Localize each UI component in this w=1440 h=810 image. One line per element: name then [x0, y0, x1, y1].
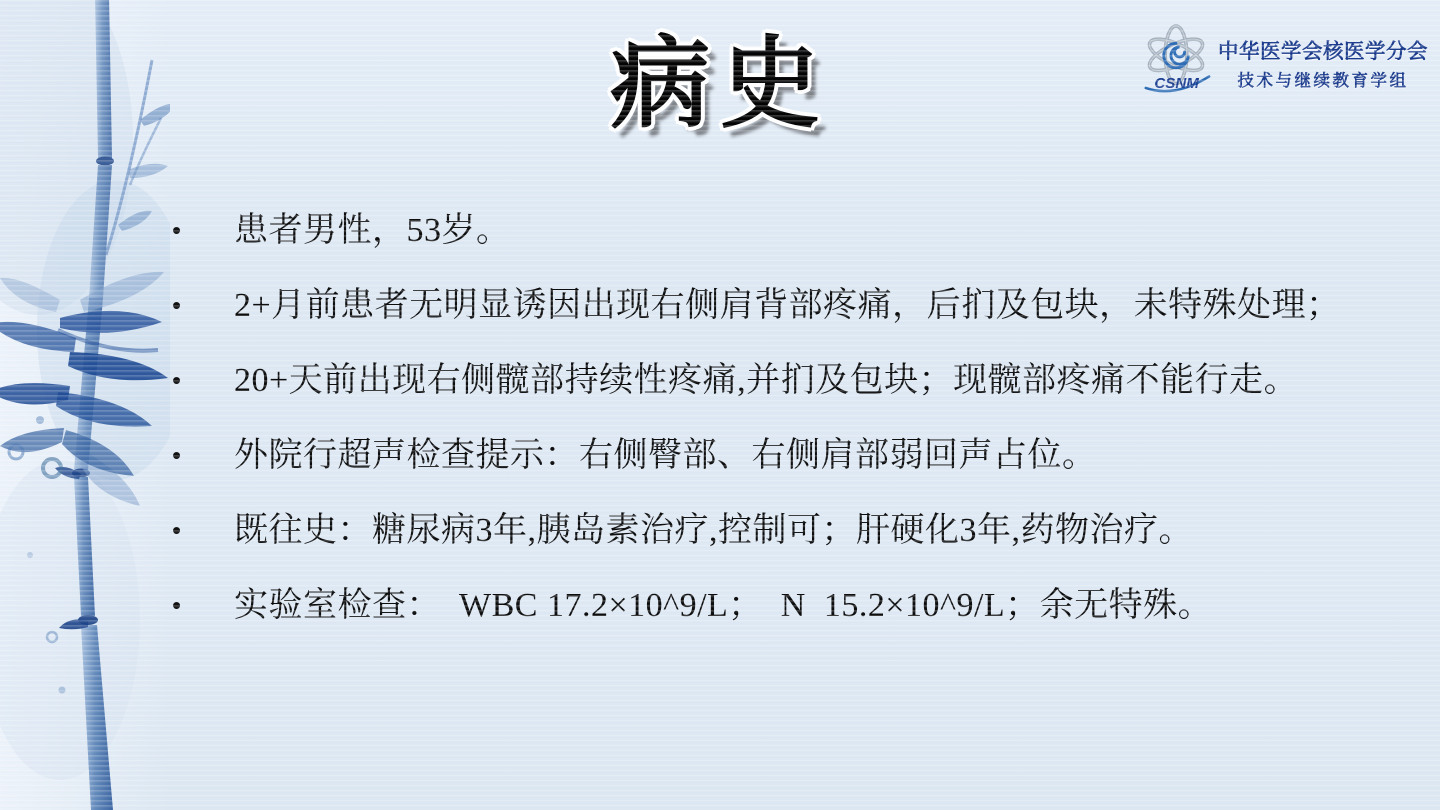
bullet-text: 实验室检查： WBC 17.2×10^9/L； N 15.2×10^9/L；余无… — [234, 585, 1212, 626]
bullet-text: 20+天前出现右侧髋部持续性疼痛,并扪及包块；现髋部疼痛不能行走。 — [234, 360, 1298, 401]
bullet-item-history: • 既往史：糖尿病3年,胰岛素治疗,控制可；肝硬化3年,药物治疗。 — [158, 510, 1414, 551]
bullet-list: • 患者男性，53岁。 • 2+月前患者无明显诱因出现右侧肩背部疼痛，后扪及包块… — [158, 210, 1414, 660]
bullet-item-shoulder-pain: • 2+月前患者无明显诱因出现右侧肩背部疼痛，后扪及包块，未特殊处理； — [158, 285, 1414, 326]
bullet-dot: • — [158, 360, 234, 401]
bullet-text: 2+月前患者无明显诱因出现右侧肩背部疼痛，后扪及包块，未特殊处理； — [234, 285, 1341, 326]
bullet-item-lab: • 实验室检查： WBC 17.2×10^9/L； N 15.2×10^9/L；… — [158, 585, 1414, 626]
bullet-dot: • — [158, 285, 234, 326]
bullet-dot: • — [158, 510, 234, 551]
bullet-item-ultrasound: • 外院行超声检查提示：右侧臀部、右侧肩部弱回声占位。 — [158, 435, 1414, 476]
bullet-dot: • — [158, 435, 234, 476]
presentation-slide: CSNM 中华医学会核医学分会 技术与继续教育学组 病史 • 患者男性，53岁。… — [0, 0, 1440, 810]
bullet-item-hip-pain: • 20+天前出现右侧髋部持续性疼痛,并扪及包块；现髋部疼痛不能行走。 — [158, 360, 1414, 401]
bullet-text: 外院行超声检查提示：右侧臀部、右侧肩部弱回声占位。 — [234, 435, 1097, 476]
bullet-dot: • — [158, 585, 234, 626]
bullet-text: 患者男性，53岁。 — [234, 210, 511, 251]
slide-title: 病史 — [0, 28, 1440, 140]
bullet-item-patient: • 患者男性，53岁。 — [158, 210, 1414, 251]
bullet-text: 既往史：糖尿病3年,胰岛素治疗,控制可；肝硬化3年,药物治疗。 — [234, 510, 1193, 551]
bullet-dot: • — [158, 210, 234, 251]
